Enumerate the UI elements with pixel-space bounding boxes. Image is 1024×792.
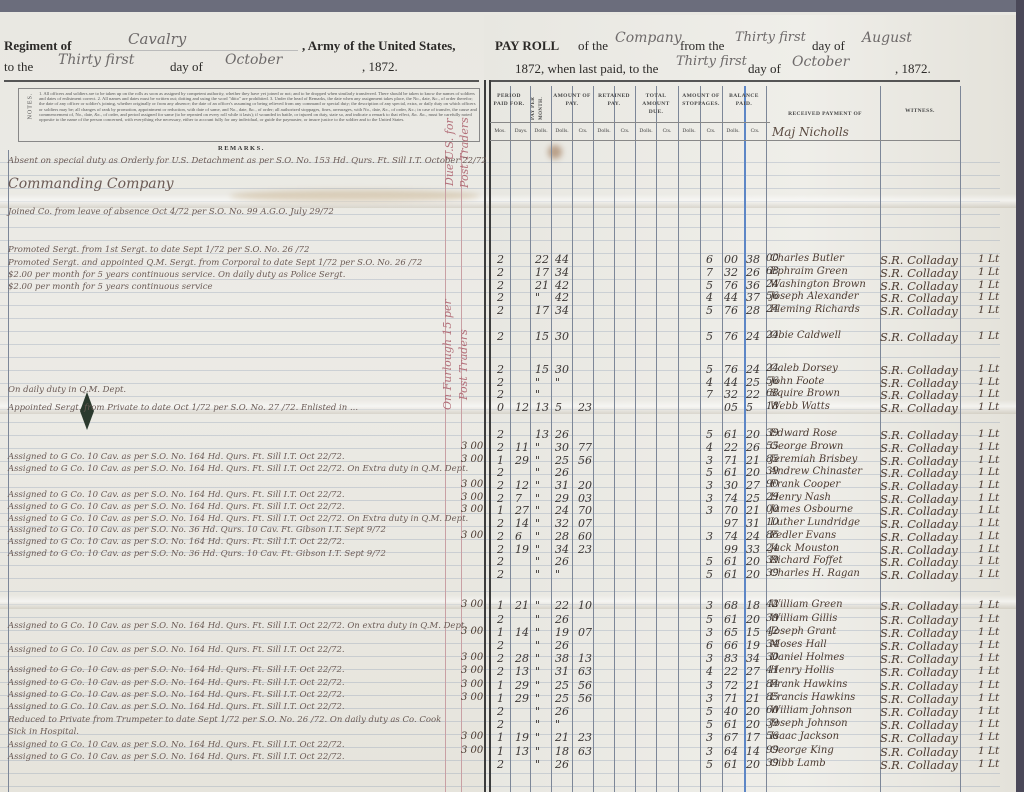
remark-entry: Assigned to G Co. 10 Cav. as per S.O. No… — [8, 690, 345, 700]
witness-rank: 1 Lt — [978, 530, 999, 542]
cell-days: 12 — [515, 401, 529, 414]
grid-column-line — [635, 86, 636, 792]
witness-signature: S.R. Colladay — [880, 568, 958, 582]
cell-days: 19 — [515, 543, 529, 556]
center-divider — [489, 80, 491, 792]
cell-balance-dollars: 18 — [746, 599, 760, 612]
cell-months: 2 — [497, 705, 504, 718]
grid-column-line — [551, 86, 552, 792]
witness-rank: 1 Lt — [978, 613, 999, 625]
cell-pay-dollars: 30 — [555, 363, 569, 376]
cell-months: 2 — [497, 718, 504, 731]
cell-months: 2 — [497, 479, 504, 492]
cell-pay-dollars: 25 — [555, 679, 569, 692]
column-subhead: Cts. — [615, 128, 635, 134]
witness-rank: 1 Lt — [978, 253, 999, 265]
col-pay-per-month: PAY PER MONTH. — [530, 90, 550, 126]
cell-balance-dollars: 20 — [746, 428, 760, 441]
cell-stoppage-dollars: 3 — [706, 626, 713, 639]
grid-column-line — [510, 86, 511, 792]
witness-rank: 1 Lt — [978, 599, 999, 611]
witness-signature: S.R. Colladay — [880, 731, 958, 745]
cell-pay-per-month: 13 — [535, 401, 549, 414]
cell-stoppage-cents: 76 — [724, 330, 738, 343]
remark-entry: Assigned to G Co. 10 Cav. as per S.O. No… — [8, 502, 345, 512]
witness-signature: S.R. Colladay — [880, 388, 958, 402]
cell-balance-dollars: 21 — [746, 692, 760, 705]
cell-pay-per-month: " — [535, 555, 540, 568]
cell-balance-dollars: 20 — [746, 466, 760, 479]
cell-pay-per-month: " — [535, 718, 540, 731]
header-rule-right — [490, 80, 960, 82]
cell-months: 2 — [497, 266, 504, 279]
witness-signature: S.R. Colladay — [880, 758, 958, 772]
soldier-name: Fleming Richards — [770, 304, 860, 315]
cell-pay-cents: 23 — [578, 401, 592, 414]
cell-stoppage-cents: 72 — [724, 679, 738, 692]
col-amount-of-pay: AMOUNT OF PAY. — [552, 92, 592, 108]
retained-pay-note: 3 00 — [461, 626, 483, 637]
column-subhead: Dolls. — [679, 128, 699, 134]
witness-rank: 1 Lt — [978, 718, 999, 730]
cell-stoppage-cents: 32 — [724, 388, 738, 401]
cell-pay-dollars: 42 — [555, 291, 569, 304]
remark-entry: Reduced to Private from Trumpeter to dat… — [8, 715, 441, 725]
cell-balance-dollars: 34 — [746, 652, 760, 665]
cell-pay-per-month: " — [535, 692, 540, 705]
cell-stoppage-cents: 61 — [724, 428, 738, 441]
cell-pay-dollars: 25 — [555, 692, 569, 705]
witness-rank: 1 Lt — [978, 330, 999, 342]
cell-stoppage-cents: 71 — [724, 692, 738, 705]
received-payment-header-value: Maj Nicholls — [772, 125, 849, 139]
cell-months: 1 — [497, 504, 504, 517]
witness-rank: 1 Lt — [978, 652, 999, 664]
witness-signature: S.R. Colladay — [880, 613, 958, 627]
cell-pay-per-month: 22 — [535, 253, 549, 266]
cell-balance-dollars: 20 — [746, 613, 760, 626]
remark-entry: Assigned to G Co. 10 Cav. as per S.O. No… — [8, 549, 386, 559]
cell-pay-cents: 10 — [578, 599, 592, 612]
cell-pay-dollars: 26 — [555, 466, 569, 479]
cell-stoppage-dollars: 5 — [706, 304, 713, 317]
cell-pay-per-month: " — [535, 388, 540, 401]
witness-rank: 1 Lt — [978, 376, 999, 388]
cell-pay-dollars: 19 — [555, 626, 569, 639]
witness-signature: S.R. Colladay — [880, 517, 958, 531]
soldier-name: Squire Brown — [770, 388, 840, 399]
cell-months: 1 — [497, 731, 504, 744]
cell-stoppage-cents: 61 — [724, 613, 738, 626]
cell-pay-dollars: 24 — [555, 504, 569, 517]
cell-balance-dollars: 37 — [746, 291, 760, 304]
cell-pay-per-month: 17 — [535, 266, 549, 279]
witness-rank: 1 Lt — [978, 466, 999, 478]
cell-months: 2 — [497, 304, 504, 317]
soldier-name: Pedler Evans — [770, 530, 836, 541]
cell-months: 2 — [497, 758, 504, 771]
cell-pay-cents: 56 — [578, 454, 592, 467]
cell-days: 27 — [515, 504, 529, 517]
cell-months: 2 — [497, 639, 504, 652]
retained-pay-note: 3 00 — [461, 679, 483, 690]
year-last-paid-label: 1872, when last paid, to the — [515, 61, 658, 77]
cell-pay-dollars: 26 — [555, 705, 569, 718]
witness-rank: 1 Lt — [978, 479, 999, 491]
soldier-name: James Osbourne — [770, 504, 853, 515]
cell-balance-dollars: 31 — [746, 517, 760, 530]
grid-column-line — [572, 86, 573, 792]
retained-pay-note: 3 00 — [461, 530, 483, 541]
cell-pay-per-month: " — [535, 599, 540, 612]
witness-signature: S.R. Colladay — [880, 665, 958, 679]
side-annotation: Due U.S. for — [443, 118, 456, 186]
column-subhead: Dolls. — [531, 128, 551, 134]
soldier-name: Joseph Grant — [770, 626, 836, 637]
cell-balance-dollars: 15 — [746, 626, 760, 639]
grid-column-line — [960, 86, 961, 792]
column-subhead: Cts. — [745, 128, 765, 134]
soldier-name: Webb Watts — [770, 401, 830, 412]
witness-signature: S.R. Colladay — [880, 266, 958, 280]
cell-months: 1 — [497, 745, 504, 758]
retained-pay-note: 3 00 — [461, 479, 483, 490]
cell-pay-dollars: 26 — [555, 639, 569, 652]
witness-rank: 1 Lt — [978, 428, 999, 440]
notes-box: NOTES. 1. All officers and soldiers are … — [18, 88, 480, 142]
cell-pay-per-month: " — [535, 639, 540, 652]
cell-pay-dollars: 26 — [555, 613, 569, 626]
remark-entry: Assigned to G Co. 10 Cav. as per S.O. No… — [8, 645, 345, 655]
retained-pay-note: 3 00 — [461, 745, 483, 756]
cell-stoppage-dollars: 3 — [706, 745, 713, 758]
cell-stoppage-cents: 67 — [724, 731, 738, 744]
cell-pay-dollars: 30 — [555, 330, 569, 343]
cell-stoppage-dollars: 3 — [706, 679, 713, 692]
cell-pay-dollars: 18 — [555, 745, 569, 758]
cell-balance-dollars: 14 — [746, 745, 760, 758]
col-retained-pay: RETAINED PAY. — [594, 92, 634, 108]
year-label: , 1872. — [362, 59, 398, 75]
cell-pay-dollars: 22 — [555, 599, 569, 612]
day-of-label-right-2: day of — [748, 61, 781, 77]
witness-rank: 1 Lt — [978, 665, 999, 677]
cell-pay-dollars: 26 — [555, 758, 569, 771]
soldier-name: Henry Hollis — [770, 665, 834, 676]
cell-pay-dollars: 34 — [555, 266, 569, 279]
witness-signature: S.R. Colladay — [880, 639, 958, 653]
cell-pay-cents: 13 — [578, 652, 592, 665]
pay-roll-label: PAY ROLL — [495, 38, 559, 54]
witness-signature: S.R. Colladay — [880, 304, 958, 318]
cell-months: 2 — [497, 363, 504, 376]
column-subhead: Cts. — [573, 128, 593, 134]
cell-stoppage-cents: 30 — [724, 479, 738, 492]
remark-entry: Assigned to G Co. 10 Cav. as per S.O. No… — [8, 525, 386, 535]
cell-pay-cents: 23 — [578, 731, 592, 744]
cell-balance-dollars: 26 — [746, 266, 760, 279]
remark-entry: Assigned to G Co. 10 Cav. as per S.O. No… — [8, 514, 468, 524]
cell-months: 1 — [497, 599, 504, 612]
cell-balance-dollars: 20 — [746, 555, 760, 568]
remark-entry: Assigned to G Co. 10 Cav. as per S.O. No… — [8, 452, 345, 462]
cell-stoppage-cents: 97 — [724, 517, 738, 530]
cell-stoppage-dollars: 4 — [706, 665, 713, 678]
grid-column-line — [656, 86, 657, 792]
cell-months: 2 — [497, 568, 504, 581]
witness-rank: 1 Lt — [978, 441, 999, 453]
to-month-value: October — [225, 52, 282, 68]
notes-label: NOTES. — [27, 93, 33, 120]
cell-days: 29 — [515, 454, 529, 467]
cell-months: 1 — [497, 692, 504, 705]
army-label: , Army of the United States, — [302, 38, 455, 54]
witness-rank: 1 Lt — [978, 401, 999, 413]
cell-stoppage-cents: 76 — [724, 363, 738, 376]
retained-pay-note: 3 00 — [461, 692, 483, 703]
soldier-name: Luther Lundridge — [770, 517, 860, 528]
cell-stoppage-cents: 61 — [724, 466, 738, 479]
witness-rank: 1 Lt — [978, 291, 999, 303]
cell-pay-per-month: " — [535, 504, 540, 517]
cell-months: 2 — [497, 665, 504, 678]
col-witness: WITNESS. — [880, 107, 960, 115]
paper-fold — [0, 194, 1016, 208]
witness-signature: S.R. Colladay — [880, 599, 958, 613]
witness-signature: S.R. Colladay — [880, 291, 958, 305]
cell-pay-per-month: 17 — [535, 304, 549, 317]
witness-signature: S.R. Colladay — [880, 718, 958, 732]
cell-pay-cents: 70 — [578, 504, 592, 517]
soldier-name: Joseph Johnson — [770, 718, 848, 729]
witness-rank: 1 Lt — [978, 705, 999, 717]
cell-stoppage-cents: 61 — [724, 718, 738, 731]
cell-stoppage-dollars: 3 — [706, 530, 713, 543]
cell-stoppage-dollars: 3 — [706, 479, 713, 492]
header-rule — [4, 80, 479, 82]
witness-rank: 1 Lt — [978, 504, 999, 516]
cell-pay-per-month: " — [535, 652, 540, 665]
cell-stoppage-dollars: 3 — [706, 599, 713, 612]
soldier-name: William Johnson — [770, 705, 852, 716]
retained-pay-note: 3 00 — [461, 492, 483, 503]
cell-pay-per-month: " — [535, 731, 540, 744]
cell-stoppage-cents: 22 — [724, 441, 738, 454]
cell-days: 19 — [515, 731, 529, 744]
cell-months: 2 — [497, 441, 504, 454]
soldier-name: Gibb Lamb — [770, 758, 826, 769]
cell-balance-dollars: 20 — [746, 718, 760, 731]
cell-balance-dollars: 5 — [746, 401, 753, 414]
soldier-name: Henry Nash — [770, 492, 831, 503]
cell-days: 29 — [515, 692, 529, 705]
soldier-name: Washington Brown — [770, 279, 866, 290]
witness-signature: S.R. Colladay — [880, 330, 958, 344]
grid-column-line — [678, 86, 679, 792]
cell-months: 1 — [497, 626, 504, 639]
cell-balance-dollars: 20 — [746, 568, 760, 581]
witness-signature: S.R. Colladay — [880, 652, 958, 666]
cell-stoppage-dollars: 3 — [706, 731, 713, 744]
cell-stoppage-cents: 65 — [724, 626, 738, 639]
witness-signature: S.R. Colladay — [880, 479, 958, 493]
witness-signature: S.R. Colladay — [880, 692, 958, 706]
cell-stoppage-dollars: 5 — [706, 555, 713, 568]
remark-entry: Promoted Sergt. from 1st Sergt. to date … — [8, 245, 309, 255]
cell-stoppage-dollars: 5 — [706, 568, 713, 581]
soldier-name: Jack Mouston — [770, 543, 839, 554]
grid-column-line — [530, 86, 531, 792]
cell-pay-dollars: 32 — [555, 517, 569, 530]
cell-pay-per-month: " — [535, 291, 540, 304]
soldier-name: Charles H. Ragan — [770, 568, 860, 579]
cell-stoppage-dollars: 4 — [706, 291, 713, 304]
soldier-name: William Green — [770, 599, 843, 610]
cell-pay-cents: 56 — [578, 679, 592, 692]
soldier-name: Andrew Chinaster — [770, 466, 862, 477]
soldier-name: Frank Hawkins — [770, 679, 847, 690]
witness-rank: 1 Lt — [978, 626, 999, 638]
cell-stoppage-dollars: 3 — [706, 652, 713, 665]
cell-balance-dollars: 20 — [746, 705, 760, 718]
cell-pay-cents: 56 — [578, 692, 592, 705]
cell-stoppage-cents: 61 — [724, 758, 738, 771]
remark-entry: $2.00 per month for 5 years continuous s… — [8, 270, 345, 280]
grid-column-line — [593, 86, 594, 792]
soldier-name: Obie Caldwell — [770, 330, 841, 341]
cell-balance-dollars: 27 — [746, 665, 760, 678]
cell-days: 13 — [515, 665, 529, 678]
witness-signature: S.R. Colladay — [880, 705, 958, 719]
cell-balance-dollars: 26 — [746, 441, 760, 454]
grid-column-line — [722, 86, 723, 792]
soldier-name: Joseph Alexander — [770, 291, 859, 302]
witness-rank: 1 Lt — [978, 388, 999, 400]
cell-pay-per-month: " — [535, 745, 540, 758]
witness-signature: S.R. Colladay — [880, 530, 958, 544]
regiment-line — [90, 50, 298, 51]
witness-rank: 1 Lt — [978, 517, 999, 529]
cell-pay-dollars: 5 — [555, 401, 562, 414]
soldier-name: Francis Hawkins — [770, 692, 855, 703]
to-month-value-right: October — [792, 54, 849, 70]
cell-pay-dollars: " — [555, 376, 560, 389]
witness-rank: 1 Lt — [978, 639, 999, 651]
from-the-label: from the — [680, 38, 724, 54]
cell-pay-per-month: " — [535, 626, 540, 639]
cell-stoppage-dollars: 5 — [706, 428, 713, 441]
cell-pay-per-month: " — [535, 479, 540, 492]
cell-months: 2 — [497, 652, 504, 665]
cell-balance-dollars: 24 — [746, 363, 760, 376]
cell-pay-cents: 23 — [578, 543, 592, 556]
remark-entry: Commanding Company — [8, 176, 174, 192]
cell-days: 13 — [515, 745, 529, 758]
retained-pay-note: 3 00 — [461, 599, 483, 610]
cell-days: 21 — [515, 599, 529, 612]
cell-pay-per-month: " — [535, 705, 540, 718]
soldier-name: John Foote — [770, 376, 824, 387]
cell-stoppage-cents: 44 — [724, 291, 738, 304]
witness-rank: 1 Lt — [978, 758, 999, 770]
cell-pay-dollars: 31 — [555, 479, 569, 492]
year-label-right: , 1872. — [895, 61, 931, 77]
remark-entry: Sick in Hospital. — [8, 727, 79, 737]
side-annotation: Post Traders — [458, 117, 471, 188]
soldier-name: Daniel Holmes — [770, 652, 844, 663]
witness-signature: S.R. Colladay — [880, 401, 958, 415]
regiment-value: Cavalry — [128, 30, 186, 48]
cell-pay-cents: 60 — [578, 530, 592, 543]
remark-entry: Joined Co. from leave of absence Oct 4/7… — [8, 207, 334, 217]
column-subhead: Dolls. — [723, 128, 743, 134]
cell-months: 0 — [497, 401, 504, 414]
column-subhead: Cts. — [657, 128, 677, 134]
cell-stoppage-cents: 00 — [724, 253, 738, 266]
remark-entry: Assigned to G Co. 10 Cav. as per S.O. No… — [8, 678, 345, 688]
cell-days: 12 — [515, 479, 529, 492]
cell-pay-dollars: 34 — [555, 304, 569, 317]
soldier-name: Ephraim Green — [770, 266, 848, 277]
cell-months: 2 — [497, 291, 504, 304]
remark-entry: Assigned to G Co. 10 Cav. as per S.O. No… — [8, 464, 468, 474]
cell-stoppage-cents: 22 — [724, 665, 738, 678]
cell-pay-cents: 07 — [578, 626, 592, 639]
cell-balance-dollars: 24 — [746, 530, 760, 543]
cell-pay-dollars: 26 — [555, 555, 569, 568]
cell-stoppage-dollars: 3 — [706, 504, 713, 517]
cell-days: 14 — [515, 626, 529, 639]
witness-signature: S.R. Colladay — [880, 466, 958, 480]
cell-months: 2 — [497, 428, 504, 441]
cell-stoppage-dollars: 7 — [706, 266, 713, 279]
col-balance-paid: BALANCE PAID. — [724, 92, 764, 108]
cell-stoppage-dollars: 3 — [706, 692, 713, 705]
cell-balance-dollars: 21 — [746, 679, 760, 692]
cell-pay-per-month: " — [535, 568, 540, 581]
witness-rank: 1 Lt — [978, 363, 999, 375]
col-amount-of-stoppages: AMOUNT OF STOPPAGES. — [680, 92, 722, 108]
cell-pay-per-month: " — [535, 517, 540, 530]
col-received-payment: RECEIVED PAYMENT OF — [770, 110, 880, 118]
remark-entry: Absent on special duty as Orderly for U.… — [8, 156, 487, 166]
to-day-value: Thirty first — [58, 52, 134, 68]
witness-rank: 1 Lt — [978, 731, 999, 743]
cell-days: 6 — [515, 530, 522, 543]
soldier-name: Frank Cooper — [770, 479, 840, 490]
remark-entry: Assigned to G Co. 10 Cav. as per S.O. No… — [8, 537, 345, 547]
cell-months: 2 — [497, 517, 504, 530]
witness-rank: 1 Lt — [978, 543, 999, 555]
to-day-value-right: Thirty first — [676, 54, 747, 69]
cell-balance-dollars: 22 — [746, 388, 760, 401]
soldier-name: George Brown — [770, 441, 843, 452]
cell-stoppage-cents: 61 — [724, 555, 738, 568]
cell-pay-cents: 07 — [578, 517, 592, 530]
day-of-label: day of — [170, 59, 203, 75]
side-annotation: On Furlough 15 per — [441, 299, 454, 410]
to-the-label: to the — [4, 59, 33, 75]
cell-balance-dollars: 27 — [746, 479, 760, 492]
witness-rank: 1 Lt — [978, 492, 999, 504]
soldier-name: Moses Hall — [770, 639, 827, 650]
witness-signature: S.R. Colladay — [880, 679, 958, 693]
retained-pay-note: 3 00 — [461, 504, 483, 515]
column-subhead: Days. — [511, 128, 531, 134]
cell-pay-cents: 63 — [578, 665, 592, 678]
cell-days: 11 — [515, 441, 529, 454]
cell-pay-per-month: 13 — [535, 428, 549, 441]
